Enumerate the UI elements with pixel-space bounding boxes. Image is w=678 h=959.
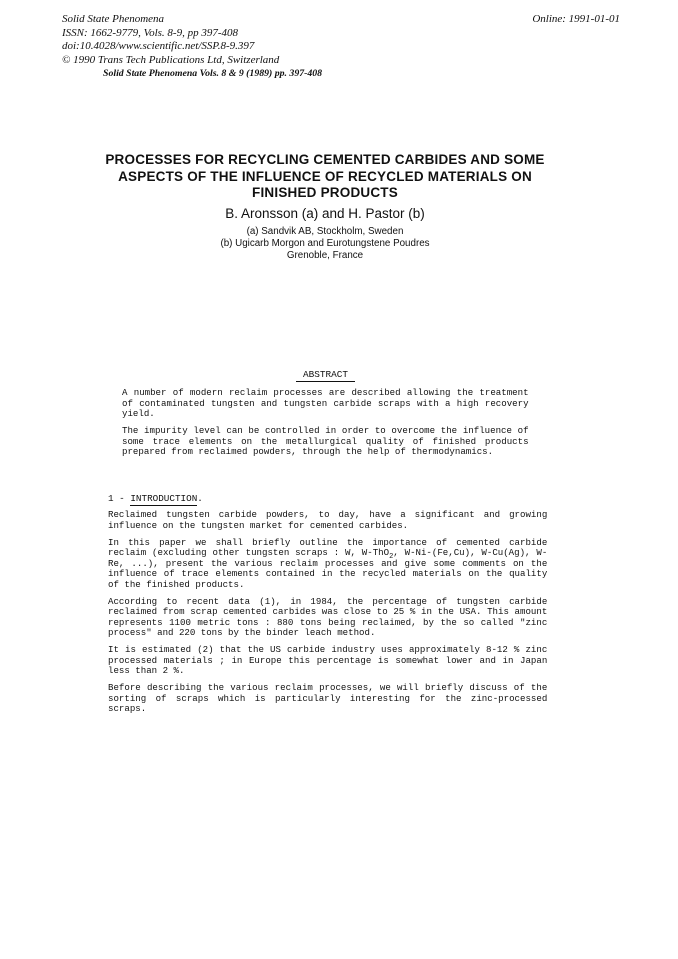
affiliation-line: (b) Ugicarb Morgon and Eurotungstene Pou… (0, 238, 650, 250)
paper-title-line: FINISHED PRODUCTS (0, 185, 650, 202)
abstract-paragraph: The impurity level can be controlled in … (122, 426, 529, 458)
authors-line: B. Aronsson (a) and H. Pastor (b) (0, 206, 650, 222)
paper-title: PROCESSES FOR RECYCLING CEMENTED CARBIDE… (0, 152, 650, 202)
paper-title-line: ASPECTS OF THE INFLUENCE OF RECYCLED MAT… (0, 169, 650, 186)
abstract-heading-text: ABSTRACT (296, 369, 355, 382)
section-period: . (197, 493, 203, 504)
journal-name: Solid State Phenomena (62, 13, 279, 27)
issn-line: ISSN: 1662-9779, Vols. 8-9, pp 397-408 (62, 27, 279, 41)
citation-line: Solid State Phenomena Vols. 8 & 9 (1989)… (103, 68, 322, 80)
document-page: Solid State Phenomena ISSN: 1662-9779, V… (0, 0, 678, 959)
intro-paragraph: Before describing the various reclaim pr… (108, 683, 547, 715)
intro-paragraph: According to recent data (1), in 1984, t… (108, 597, 547, 639)
section-title: INTRODUCTION (130, 493, 197, 506)
intro-paragraph: Reclaimed tungsten carbide powders, to d… (108, 510, 547, 531)
section-number: 1 - (108, 493, 130, 504)
affiliation-line: Grenoble, France (0, 250, 650, 262)
abstract-heading: ABSTRACT (122, 369, 529, 382)
abstract-paragraph: A number of modern reclaim processes are… (122, 388, 529, 420)
online-date: Online: 1991-01-01 (532, 13, 620, 27)
paper-title-line: PROCESSES FOR RECYCLING CEMENTED CARBIDE… (0, 152, 650, 169)
introduction-section: Reclaimed tungsten carbide powders, to d… (108, 510, 547, 721)
introduction-heading: 1 - INTRODUCTION. (108, 493, 203, 506)
intro-paragraph: In this paper we shall briefly outline t… (108, 538, 547, 591)
affiliation-line: (a) Sandvik AB, Stockholm, Sweden (0, 226, 650, 238)
copyright-line: © 1990 Trans Tech Publications Ltd, Swit… (62, 54, 279, 68)
abstract-section: A number of modern reclaim processes are… (122, 388, 529, 464)
intro-paragraph: It is estimated (2) that the US carbide … (108, 645, 547, 677)
doi-line: doi:10.4028/www.scientific.net/SSP.8-9.3… (62, 40, 279, 54)
publication-info: Solid State Phenomena ISSN: 1662-9779, V… (62, 13, 279, 67)
affiliations: (a) Sandvik AB, Stockholm, Sweden (b) Ug… (0, 226, 650, 261)
